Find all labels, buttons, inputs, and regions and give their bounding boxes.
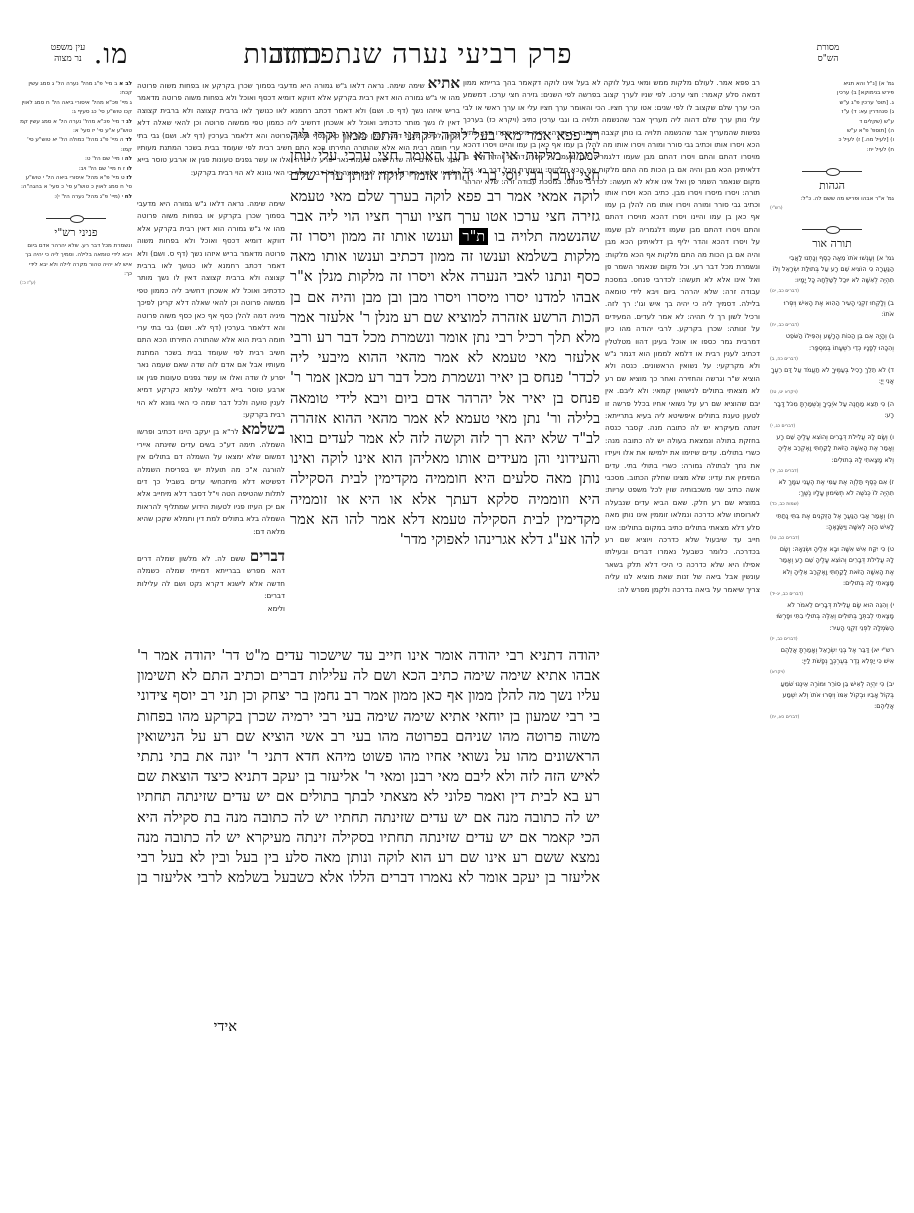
tosafot-commentary: שימה שימה. נראה דלאו ג"ש גמורה היא מדעבי… [137, 200, 285, 640]
verse-source: (דברים כה, ב) [770, 354, 894, 365]
ein-mishpat-entry: לד ה מיי' פ"ג מהל' כמולה הל' יא טוש"ע סי… [20, 136, 132, 155]
gemara-segment: וענשו אותו זה ממון ויסרו זה מלקות בשלמא … [290, 228, 600, 548]
ornament-divider-icon [802, 167, 862, 175]
verse-source: (דברים כא, יח) [770, 712, 894, 723]
torah-ohr-verses: גמ' א) וְעָנְשׁוּ אֹתוֹ מֵאָה כֶסֶף וְנָ… [770, 253, 894, 724]
torah-ohr-verse: י) וְהִנֵּה הוּא שָׂם עֲלִילֹת דְּבָרִים… [770, 600, 894, 634]
gemara-main-text: רב פפא אמר מאי בעל לוקה דקתני התם ממון ו… [290, 126, 600, 646]
ein-mishpat-entry: לח י (מיי' פ"ג מהל' נערה הל' י): [20, 193, 132, 202]
tosafot-paragraph-3: דברים ששם לה. לא מלשון שמלה דרים דהא מפר… [137, 550, 285, 603]
masoret-label-line1: מסורת [808, 43, 848, 54]
masoret-line: ו) [לעיל מה.] ז) לעיל כ [770, 136, 894, 145]
entry-text: ו מיי' שם הל' ט: [85, 156, 123, 162]
torah-ohr-verse: ב) וְלָקְחוּ זִקְנֵי הָעִיר הַהִוא אֶת ה… [770, 298, 894, 320]
hagahot-source: (רש"י) [770, 204, 894, 213]
tosafot-heading: דברים [250, 547, 285, 565]
entry-label: לב א [119, 81, 132, 87]
rashi-commentary: רב פפא אמר. לעולם מלקות ממש ומאי בעל לוק… [605, 187, 760, 887]
masoret-line: גמ' א) [נ"ל והא תניא [770, 80, 894, 89]
entry-text: ה מיי' פ"ג מהל' כמולה הל' יא טוש"ע סי' ק… [27, 137, 132, 152]
penei-rashi-source: (ע"ז כ:) [20, 279, 132, 288]
gemara-segment: תנן [449, 147, 466, 164]
entry-text: י (מיי' פ"ג מהל' נערה הל' י): [54, 194, 123, 200]
verse-source: (דברים כג, י) [770, 421, 894, 432]
torah-ohr-title: תורה אור [770, 239, 894, 248]
ein-mishpat-block: לב א ב מיי' פ"ג מהל' נערה הל' ג סמג עשין… [20, 80, 132, 202]
verse-source: (דברים כב, יז) [770, 634, 894, 645]
entry-text: ט מיי' פ"א מהל' איסורי ביאה הל' י טוש"ע … [21, 175, 132, 190]
masoret-label-line2: הש"ס [808, 54, 848, 65]
torah-ohr-verse: ז) אִם כֶּסֶף תַּלְוֶה אֶת עַמִּי אֶת הֶ… [770, 477, 894, 499]
ein-mishpat-entry: לב א ב מיי' פ"ג מהל' נערה הל' ג סמג עשין… [20, 80, 132, 99]
torah-ohr-verse: ה) כִּי תֵצֵא מַחֲנֶה עַל אֹיְבֶיךָ וְנִ… [770, 399, 894, 421]
entry-label: לו [127, 166, 132, 172]
torah-ohr-verse: גמ' א) וְעָנְשׁוּ אֹתוֹ מֵאָה כֶסֶף וְנָ… [770, 253, 894, 287]
verse-source: (ויקרא יט, טז) [770, 387, 894, 398]
gemara-catchword: אידי [137, 1017, 237, 1037]
masoret-line: ע"ש (שקלים ד [770, 118, 894, 127]
ein-mishpat-entry: לה ו מיי' שם הל' ט: [20, 155, 132, 164]
ein-mishpat-label-line2: נר מצוה [46, 54, 90, 65]
entry-label: לד [125, 137, 132, 143]
torah-ohr-verse: ג) וְהָיָה אִם בִּן הַכּוֹת הָרָשָׁע וְה… [770, 331, 894, 353]
page-number: מו. [86, 40, 136, 70]
right-margin: גמ' א) [נ"ל והא תניא פירש בנימוקא] ב) ער… [770, 80, 894, 723]
gemara-text: רב פפא אמר מאי בעל לוקה דקתני התם ממון ו… [290, 126, 600, 550]
ein-mishpat-entry: לו ז ח מיי' שם הל' ויב: [20, 165, 132, 174]
entry-label: לה [125, 156, 132, 162]
torah-ohr-verse: ט) כִּי יִקַּח אִישׁ אִשָּׁה וּבָא אֵלֶי… [770, 544, 894, 589]
verse-source: (ויקרא) [770, 667, 894, 678]
rashi-text-continued: רב פפא אמר. לעולם מלקות ממש ומאי בעל לוק… [605, 187, 760, 596]
tosafot-paragraph-1-continued: שימה שימה. נראה דלאו ג"ש גמורה היא מדעבי… [137, 200, 285, 421]
entry-text: ב מיי' פ"ג מהל' נערה הל' ג סמג עשין קכח: [28, 81, 132, 96]
ornament-divider-icon [46, 214, 106, 222]
entry-text: ג מיי' פכ"א מהל' איסורי ביאה הל' ח סמג ל… [22, 100, 133, 115]
tractate-name: כתובות [233, 40, 333, 70]
ein-mishpat-entry: לז ט מיי' פ"א מהל' איסורי ביאה הל' י טוש… [20, 174, 132, 193]
ornament-divider-icon [802, 225, 862, 233]
entry-text: ז ח מיי' שם הל' ויב: [79, 166, 125, 172]
verse-source: (דברים כב, יח) [770, 320, 894, 331]
entry-label: לח [125, 194, 132, 200]
masoret-line: פירש בנימוקא] ב) ערכין [770, 89, 894, 98]
tanu-rabbanan-box: ת"ר [459, 228, 488, 245]
gemara-wide-text: יהודה דתניא רבי יהודה אומר אינו חייב עד … [137, 646, 600, 886]
masoret-line: ג) סנהדרין עא: ד) ע"ז [770, 108, 894, 117]
verse-source: (דברים כב, טז) [770, 533, 894, 544]
left-margin: לב א ב מיי' פ"ג מהל' נערה הל' ג סמג עשין… [20, 80, 132, 289]
tosafot-paragraph-2: בשלמא לר"א בן יעקב היינו דכתיב ופרשו השמ… [137, 423, 285, 538]
torah-ohr-verse: ח) וְאָמַר אֲבִי הַנַּעֲרָ אֶל הַזְּקֵנִ… [770, 511, 894, 533]
masoret-hashas-label: מסורת הש"ס [808, 43, 848, 65]
hagahot-title: הגהות [770, 181, 894, 190]
verse-source: (דברים כב, יג-יד) [770, 589, 894, 600]
penei-rashi-text: ונשמרת מכל דבר רע. שלא יהרהר אדם ביום וי… [20, 242, 132, 280]
gemara-full-width-text: יהודה דתניא רבי יהודה אומר אינו חייב עד … [137, 886, 760, 1036]
masoret-line: ח) לעיל יח: [770, 146, 894, 155]
ein-mishpat-entry: לג ד מיי' פכ"א מהל' נערה הל' א סמג עשין … [20, 118, 132, 137]
tosafot-text: שימה שימה. נראה דלאו ג"ש גמורה היא מדעבי… [137, 200, 285, 419]
verse-source: (דברים כב, יט) [770, 286, 894, 297]
entry-text: ד מיי' פכ"א מהל' נערה הל' א סמג עשין קמ … [20, 119, 132, 134]
chapter-number: פרק רביעי [455, 40, 575, 70]
verse-source: (שמות כב, כד) [770, 499, 894, 510]
torah-ohr-verse: יב) כִּי יִהְיֶה לְאִישׁ בֵּן סוֹרֵר וּמ… [770, 679, 894, 713]
torah-ohr-verse: ו) וְשָׂם לָהּ עֲלִילֹת דְּבָרִים וְהוֹצ… [770, 432, 894, 466]
hagahot-text: גמ' א"ר אבהו ופריש מה ששם לה. כ"ל: [770, 195, 894, 204]
entry-label: לז [126, 175, 132, 181]
gemara-text: יהודה דתניא רבי יהודה אומר אינו חייב עד … [137, 646, 600, 886]
tosafot-text: לר"א בן יעקב היינו דכתיב ופרשו השמלה. תי… [137, 427, 285, 535]
torah-ohr-verse: ד) לֹא תֵלֵךְ רָכִיל בְּעַמֶּיךָ לֹא תַע… [770, 365, 894, 387]
torah-ohr-verse: רש"י יא) דַּבֵּר אֶל בְּנֵי יִשְׂרָאֵל ו… [770, 645, 894, 667]
masoret-hashas-block: גמ' א) [נ"ל והא תניא פירש בנימוקא] ב) ער… [770, 80, 894, 155]
tosafot-catchword: ולימא [137, 603, 285, 615]
masoret-line: ה) [תוספ' פ"א ע"ש [770, 127, 894, 136]
ein-mishpat-label-line1: עין משפט [46, 43, 90, 54]
ein-mishpat-label: עין משפט נר מצוה [46, 43, 90, 65]
entry-label: לג [126, 119, 132, 125]
tosafot-heading: אתיא [428, 77, 460, 92]
masoret-line: ג. [תוס' ערכין פ"ג ע"ש [770, 99, 894, 108]
verse-source: (דברים כב, יד) [770, 466, 894, 477]
penei-rashi-title: פניני רש"י [20, 228, 132, 237]
tosafot-heading: בשלמא [242, 420, 285, 438]
ein-mishpat-entry: ג מיי' פכ"א מהל' איסורי ביאה הל' ח סמג ל… [20, 99, 132, 118]
